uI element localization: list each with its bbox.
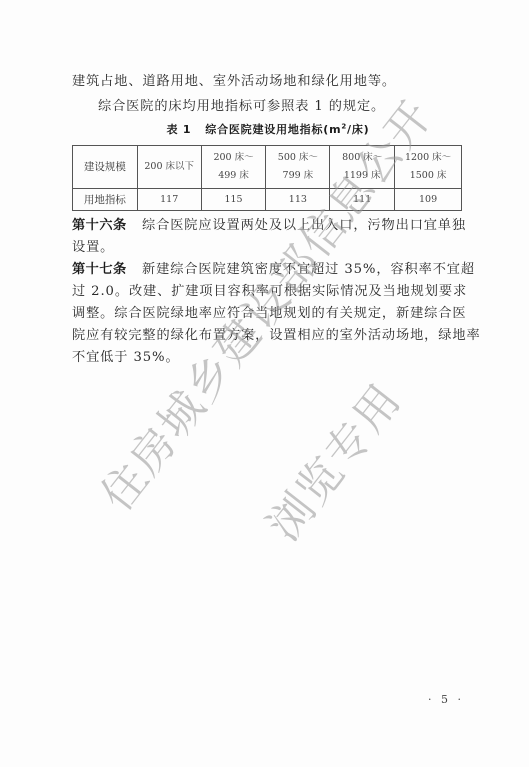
header-cell-line1: 500 床～	[266, 149, 329, 167]
article-17-line: 第十七条 新建综合医院建筑密度不宜超过 35%，容积率不宜超	[72, 260, 464, 280]
header-cell-line2: 799 床	[266, 167, 329, 185]
article-17-line: 院应有较完整的绿化布置方案，设置相应的室外活动场地，绿地率	[72, 326, 464, 346]
header-cell-line2: 1199 床	[330, 167, 394, 185]
article-16-line: 第十六条 综合医院应设置两处及以上出入口，污物出口宜单独	[72, 216, 464, 236]
row-label-cell: 用地指标	[73, 189, 138, 211]
table-header-row: 建设规模 200 床以下 200 床～499 床 500 床～799 床 800…	[73, 146, 462, 189]
header-cell-line1: 200 床～	[202, 149, 266, 167]
table-caption-suffix: /床)	[347, 123, 369, 136]
value-cell: 109	[395, 189, 462, 211]
document-page: 建筑占地、道路用地、室外活动场地和绿化用地等。 综合医院的床均用地指标可参照表 …	[0, 0, 529, 767]
article-text: 新建综合医院建筑密度不宜超过 35%，容积率不宜超	[142, 262, 475, 277]
header-cell: 800 床～1199 床	[330, 146, 395, 189]
paragraph-continuation: 建筑占地、道路用地、室外活动场地和绿化用地等。	[72, 72, 464, 92]
paragraph-table-reference: 综合医院的床均用地指标可参照表 1 的规定。	[98, 97, 490, 117]
value-cell: 111	[330, 189, 395, 211]
article-text: 综合医院应设置两处及以上出入口，污物出口宜单独	[142, 218, 466, 233]
value-cell: 115	[201, 189, 266, 211]
header-cell: 500 床～799 床	[266, 146, 330, 189]
value-cell: 113	[266, 189, 330, 211]
header-cell: 200 床以下	[137, 146, 201, 189]
page-number: · 5 ·	[428, 693, 464, 706]
table-caption: 表 1 综合医院建设用地指标(m2/床)	[72, 121, 464, 137]
article-17-line: 过 2.0。改建、扩建项目容积率可根据实际情况及当地规划要求	[72, 282, 464, 302]
header-cell-line2: 1500 床	[395, 167, 461, 185]
article-number: 第十六条	[72, 218, 127, 233]
article-17-line: 调整。综合医院绿地率应符合当地规划的有关规定，新建综合医	[72, 304, 464, 324]
header-cell-scale: 建设规模	[73, 146, 138, 189]
table-caption-title: 综合医院建设用地指标(m	[205, 123, 341, 136]
header-cell: 1200 床～1500 床	[395, 146, 462, 189]
land-use-index-table: 建设规模 200 床以下 200 床～499 床 500 床～799 床 800…	[72, 145, 462, 211]
article-16-line: 设置。	[72, 238, 464, 258]
header-cell-line1: 1200 床～	[395, 149, 461, 167]
article-17-line: 不宜低于 35%。	[72, 348, 464, 368]
header-cell-line1: 200 床以下	[138, 158, 201, 176]
table-caption-prefix: 表 1	[167, 123, 192, 136]
header-cell: 200 床～499 床	[201, 146, 266, 189]
article-number: 第十七条	[72, 262, 127, 277]
header-cell-line1: 800 床～	[330, 149, 394, 167]
value-cell: 117	[137, 189, 201, 211]
table-row: 用地指标 117 115 113 111 109	[73, 189, 462, 211]
watermark-line2: 浏览专用	[250, 367, 414, 551]
header-cell-line2: 499 床	[202, 167, 266, 185]
